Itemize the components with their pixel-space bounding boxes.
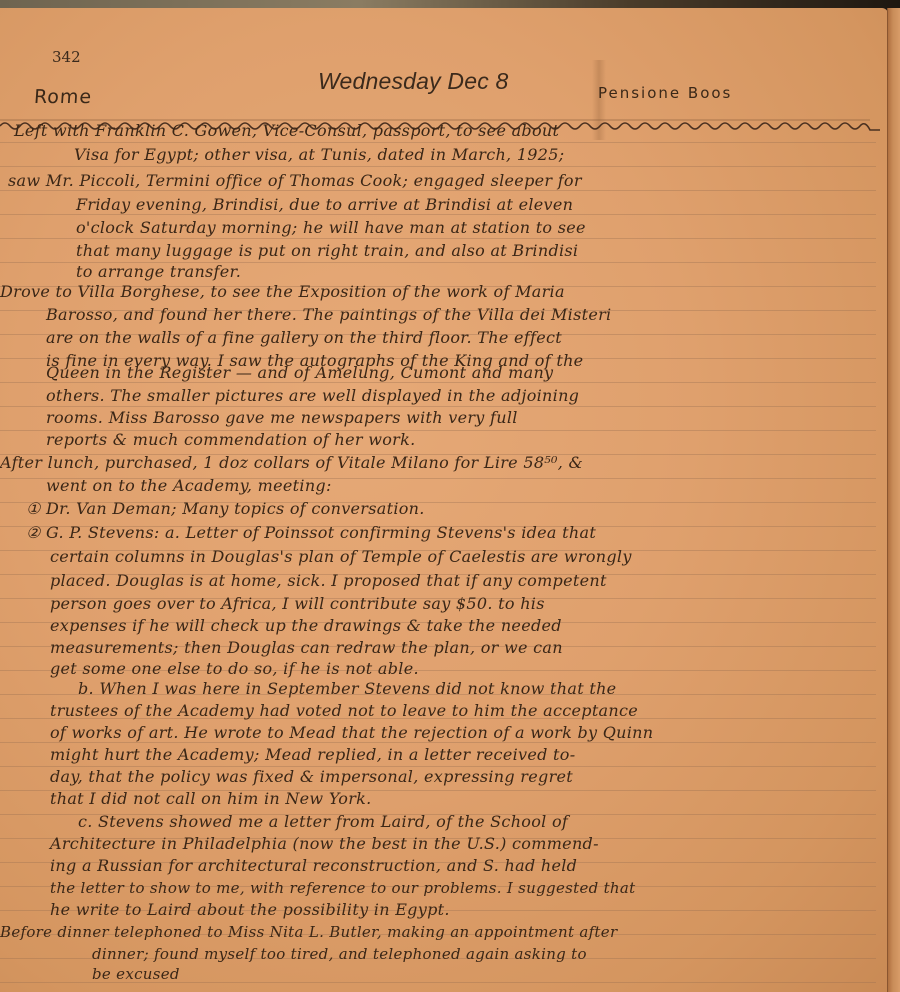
- entry-line: certain columns in Douglas's plan of Tem…: [50, 545, 632, 569]
- sub-item: c. Stevens showed me a letter from Laird…: [78, 810, 568, 834]
- entry-line: Architecture in Philadelphia (now the be…: [50, 832, 599, 856]
- numbered-item: ① Dr. Van Deman; Many topics of conversa…: [26, 497, 425, 521]
- entry-line: be excused: [92, 962, 180, 986]
- location-label: Rome: [33, 86, 93, 108]
- entry-line: o'clock Saturday morning; he will have m…: [76, 216, 586, 240]
- entry-line: Barosso, and found her there. The painti…: [46, 303, 611, 327]
- entry-line: saw Mr. Piccoli, Termini office of Thoma…: [8, 169, 582, 193]
- entry-line: After lunch, purchased, 1 doz collars of…: [0, 451, 583, 475]
- entry-line: Friday evening, Brindisi, due to arrive …: [76, 193, 573, 217]
- entry-line: might hurt the Academy; Mead replied, in…: [50, 743, 575, 767]
- entry-line: went on to the Academy, meeting:: [46, 474, 332, 498]
- numbered-item: ② G. P. Stevens: a. Letter of Poinssot c…: [26, 521, 596, 545]
- sub-item: b. When I was here in September Stevens …: [78, 677, 616, 701]
- entry-line: reports & much commendation of her work.: [46, 428, 416, 452]
- entry-line: the letter to show to me, with reference…: [50, 876, 635, 900]
- entry-line: person goes over to Africa, I will contr…: [50, 592, 545, 616]
- page-number: 342: [52, 48, 81, 66]
- entry-line: others. The smaller pictures are well di…: [46, 384, 579, 408]
- entry-line: of works of art. He wrote to Mead that t…: [50, 721, 653, 745]
- day-date-heading: Wednesday Dec 8: [318, 68, 509, 95]
- entry-line: Queen in the Register — and of Amelung, …: [46, 361, 553, 385]
- lodging-label: Pensione Boos: [598, 84, 732, 102]
- entry-line: are on the walls of a fine gallery on th…: [46, 326, 562, 350]
- entry-line: trustees of the Academy had voted not to…: [50, 699, 638, 723]
- entry-line: Drove to Villa Borghese, to see the Expo…: [0, 280, 565, 304]
- entry-line: that I did not call on him in New York.: [50, 787, 372, 811]
- entry-line: rooms. Miss Barosso gave me newspapers w…: [46, 406, 518, 430]
- entry-line: Left with Franklin C. Gowen, Vice-Consul…: [14, 119, 559, 143]
- entry-line: he write to Laird about the possibility …: [50, 898, 450, 922]
- page-edge: [887, 8, 900, 992]
- entry-line: Visa for Egypt; other visa, at Tunis, da…: [74, 143, 564, 167]
- entry-line: placed. Douglas is at home, sick. I prop…: [50, 569, 607, 593]
- entry-line: expenses if he will check up the drawing…: [50, 614, 562, 638]
- entry-line: Before dinner telephoned to Miss Nita L.…: [0, 920, 617, 944]
- entry-line: day, that the policy was fixed & imperso…: [50, 765, 573, 789]
- entry-line: ing a Russian for architectural reconstr…: [50, 854, 577, 878]
